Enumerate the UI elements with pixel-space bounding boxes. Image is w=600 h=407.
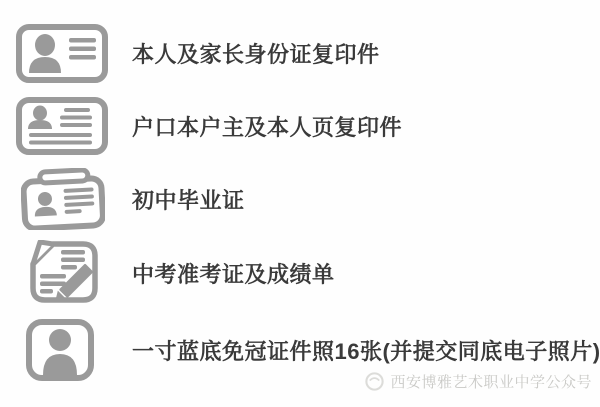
checklist-row-household-register: 户口本户主及本人页复印件 xyxy=(0,97,600,155)
id-card-icon xyxy=(16,24,108,83)
checklist-item-label: 中考准考证及成绩单 xyxy=(132,258,335,289)
exam-document-pencil-icon xyxy=(27,240,101,306)
checklist-row-id-card: 本人及家长身份证复印件 xyxy=(0,24,600,83)
checklist-item-label: 一寸蓝底免冠证件照16张(并提交同底电子照片) xyxy=(132,335,600,366)
watermark: 西安博雅艺术职业中学公众号 xyxy=(364,371,592,392)
checklist-item-label: 初中毕业证 xyxy=(132,184,245,215)
official-account-logo-icon xyxy=(364,371,385,392)
checklist-row-exam-transcript: 中考准考证及成绩单 xyxy=(0,241,600,305)
checklist-item-label: 本人及家长身份证复印件 xyxy=(132,38,380,69)
portrait-photo-icon xyxy=(26,319,94,381)
diploma-badge-icon xyxy=(21,168,105,230)
checklist-item-label: 户口本户主及本人页复印件 xyxy=(132,111,402,142)
checklist-row-diploma: 初中毕业证 xyxy=(0,168,600,230)
watermark-text: 西安博雅艺术职业中学公众号 xyxy=(390,371,592,392)
household-register-icon xyxy=(16,97,108,155)
